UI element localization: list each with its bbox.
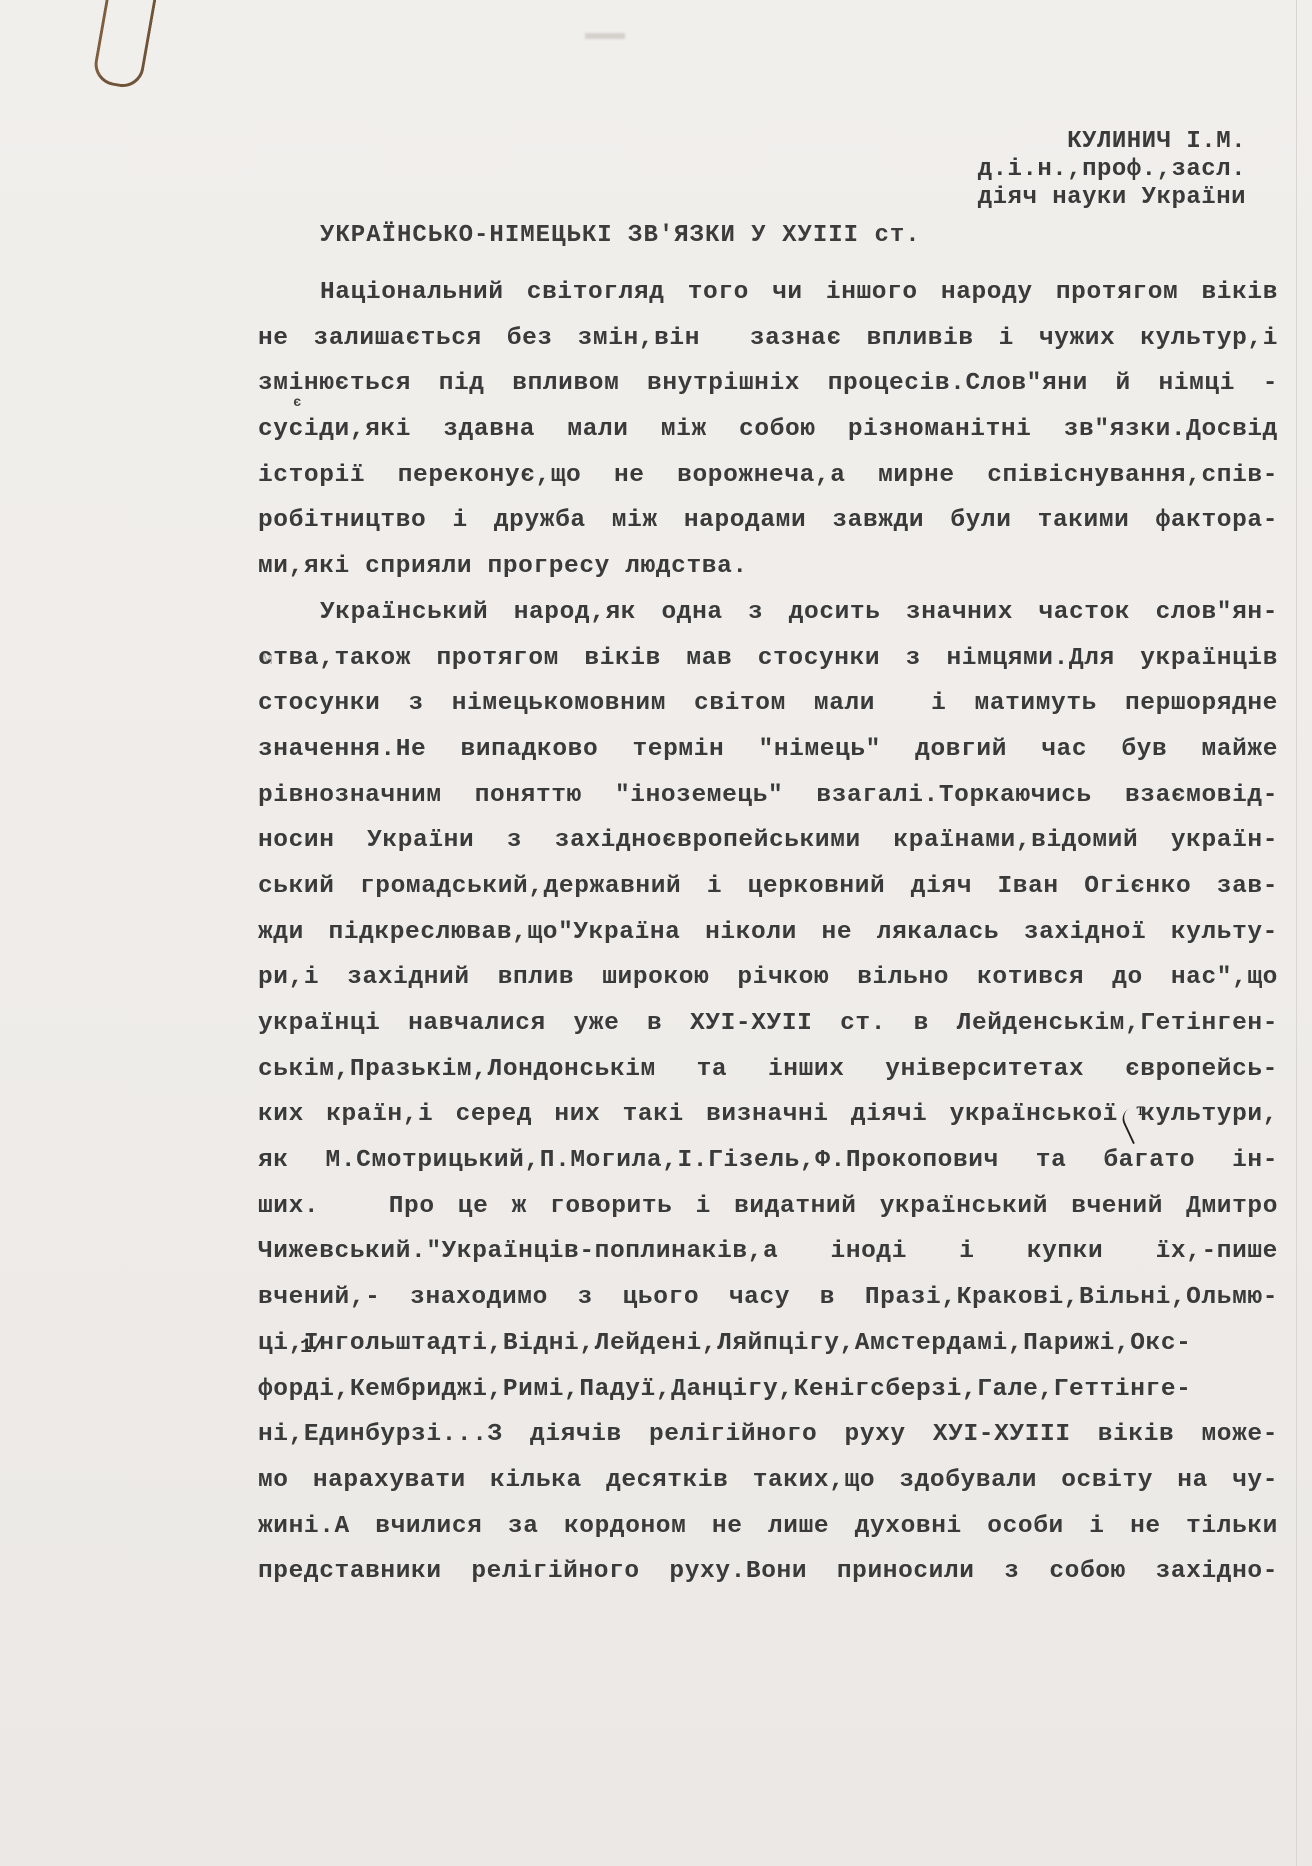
text-line: Чижевський."Українців-поплинаків,а іноді…: [258, 1229, 1278, 1275]
text-line: значення.Не випадково термін "німець" до…: [258, 727, 1278, 773]
author-block: КУЛИНИЧ І.М. д.і.н.,проф.,засл. діяч нау…: [978, 128, 1246, 212]
text-line: форді,Кембриджі,Римі,Падуї,Данцігу,Кеніг…: [258, 1367, 1278, 1413]
text-line: українці навчалися уже в ХУІ-ХУІІ ст. в …: [258, 1001, 1278, 1047]
text-line: носин України з західноєвропейськими кра…: [258, 818, 1278, 864]
paperclip-icon: [91, 0, 159, 91]
text-line: змінюється під впливом внутрішніх процес…: [258, 361, 1278, 407]
text-line: ми,які сприяли прогресу людства.: [258, 544, 1278, 590]
text-line: жди підкреслював,що"Україна ніколи не ля…: [258, 910, 1278, 956]
text-line: не залишається без змін,він зазнає вплив…: [258, 316, 1278, 362]
author-title: діяч науки України: [978, 184, 1246, 212]
text-line: ці,Інгольштадті,Відні,Лейдені,Ляйпцігу,А…: [258, 1321, 1278, 1367]
page-number-smudge: [585, 33, 625, 39]
body-text: Національний світогляд того чи іншого на…: [258, 270, 1278, 1595]
text-line: ні,Единбурзі...З діячів релігійного руху…: [258, 1412, 1278, 1458]
page-edge-line: [1296, 0, 1297, 1866]
text-line: ри,і західний вплив широкою річкою вільн…: [258, 955, 1278, 1001]
document-title: УКРАЇНСЬКО-НІМЕЦЬКІ ЗВ'ЯЗКИ У ХУІІІ ст.: [320, 222, 921, 249]
text-line: мо нарахувати кілька десятків таких,що з…: [258, 1458, 1278, 1504]
text-line: робітництво і дружба між народами завжди…: [258, 498, 1278, 544]
text-line: ких країн,і серед них такі визначні діяч…: [258, 1092, 1278, 1138]
text-line: стосунки з німецькомовним світом мали і …: [258, 681, 1278, 727]
text-line: представники релігійного руху.Вони прино…: [258, 1549, 1278, 1595]
text-line: рівнозначним поняттю "іноземець" взагалі…: [258, 773, 1278, 819]
text-line: ськім,Празькім,Лондонськім та інших унів…: [258, 1047, 1278, 1093]
document-page: КУЛИНИЧ І.М. д.і.н.,проф.,засл. діяч нау…: [0, 0, 1312, 1866]
text-line: Національний світогляд того чи іншого на…: [258, 270, 1278, 316]
text-line: жині.А вчилися за кордоном не лише духов…: [258, 1504, 1278, 1550]
author-degree: д.і.н.,проф.,засл.: [978, 156, 1246, 184]
text-line: вчений,- знаходимо з цього часу в Празі,…: [258, 1275, 1278, 1321]
author-name: КУЛИНИЧ І.М.: [978, 128, 1246, 156]
text-line: ших. Про це ж говорить і видатний україн…: [258, 1184, 1278, 1230]
text-line: історії переконує,що не ворожнеча,а мирн…: [258, 453, 1278, 499]
text-line: як М.Смотрицький,П.Могила,І.Гізель,Ф.Про…: [258, 1138, 1278, 1184]
text-line: Український народ,як одна з досить значн…: [258, 590, 1278, 636]
text-line: ства,також протягом віків мав стосунки з…: [258, 636, 1278, 682]
text-line: ський громадський,державний і церковний …: [258, 864, 1278, 910]
text-line: сусіди,які здавна мали між собою різнома…: [258, 407, 1278, 453]
